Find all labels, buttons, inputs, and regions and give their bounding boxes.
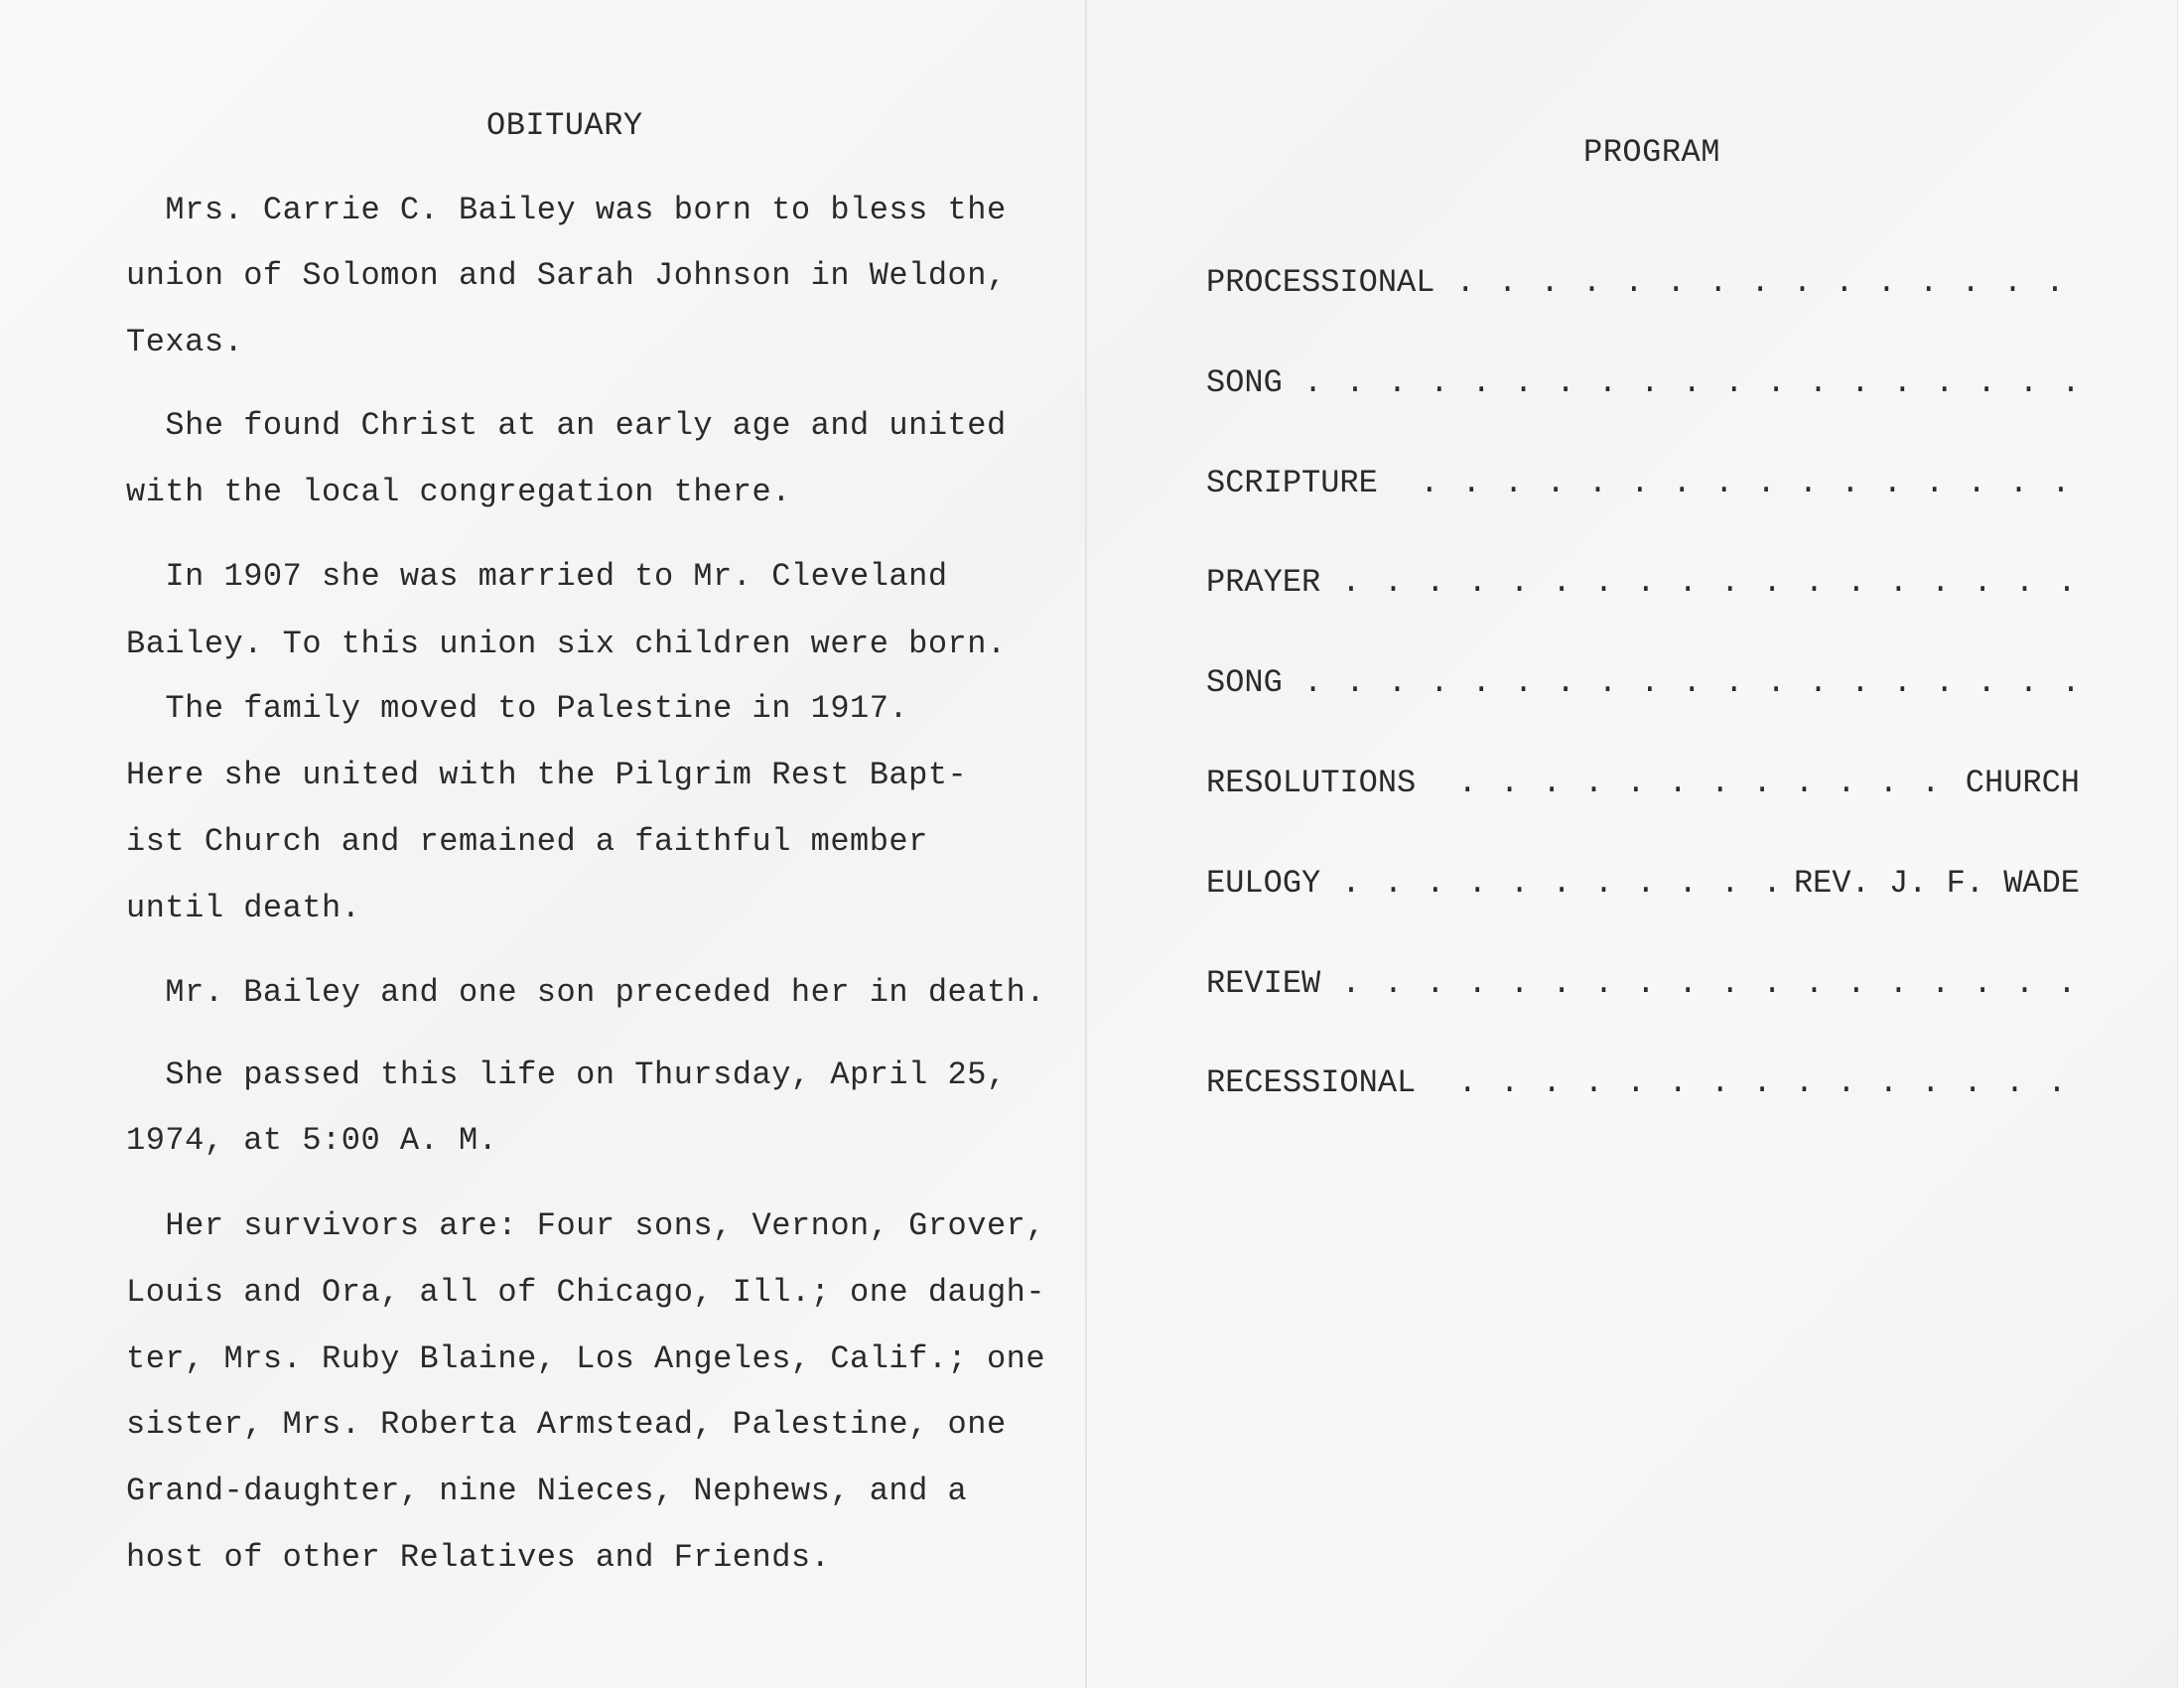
program-item-review: REVIEW . . . . . . . . . . . . . . . . .… bbox=[1206, 965, 2080, 1002]
program-item-value: CHURCH bbox=[1966, 765, 2080, 801]
obituary-line: sister, Mrs. Roberta Armstead, Palestine… bbox=[126, 1406, 1007, 1443]
program-item-eulogy: EULOGY . . . . . . . . . . . . . . . . .… bbox=[1206, 865, 2080, 902]
program-item-scripture: SCRIPTURE . . . . . . . . . . . . . . . … bbox=[1206, 465, 2080, 501]
obituary-title: OBITUARY bbox=[486, 107, 643, 144]
dot-leader: . . . . . . . . . . . . . . . . . . . . … bbox=[1320, 564, 2080, 601]
obituary-line: ter, Mrs. Ruby Blaine, Los Angeles, Cali… bbox=[126, 1340, 1045, 1377]
program-item-recessional: RECESSIONAL . . . . . . . . . . . . . . … bbox=[1206, 1064, 2080, 1101]
page-edge bbox=[2177, 0, 2184, 1688]
dot-leader: . . . . . . . . . . . . . . . . . . . . … bbox=[1416, 765, 1966, 801]
obituary-line: Mrs. Carrie C. Bailey was born to bless … bbox=[126, 192, 1007, 228]
program-item-label: SCRIPTURE bbox=[1206, 465, 1378, 501]
dot-leader: . . . . . . . . . . . . . . . . . . . . … bbox=[1320, 865, 1794, 902]
obituary-line: She passed this life on Thursday, April … bbox=[126, 1056, 1007, 1093]
program-item-label: SONG bbox=[1206, 664, 1283, 701]
dot-leader: . . . . . . . . . . . . . . . . . . . . … bbox=[1434, 264, 2080, 301]
obituary-line: 1974, at 5:00 A. M. bbox=[126, 1122, 497, 1159]
program-item-song: SONG . . . . . . . . . . . . . . . . . .… bbox=[1206, 364, 2080, 401]
program-title: PROGRAM bbox=[1583, 134, 1720, 171]
dot-leader: . . . . . . . . . . . . . . . . . . . . … bbox=[1416, 1064, 2080, 1101]
dot-leader: . . . . . . . . . . . . . . . . . . . . … bbox=[1283, 364, 2080, 401]
obituary-line: union of Solomon and Sarah Johnson in We… bbox=[126, 257, 1007, 294]
dot-leader: . . . . . . . . . . . . . . . . . . . . … bbox=[1283, 664, 2080, 701]
obituary-line: Texas. bbox=[126, 324, 243, 360]
program-item-label: EULOGY bbox=[1206, 865, 1320, 902]
obituary-line: host of other Relatives and Friends. bbox=[126, 1539, 830, 1576]
program-item-label: PROCESSIONAL bbox=[1206, 264, 1434, 301]
program-item-song: SONG . . . . . . . . . . . . . . . . . .… bbox=[1206, 664, 2080, 701]
program-item-label: RECESSIONAL bbox=[1206, 1064, 1416, 1101]
obituary-line: She found Christ at an early age and uni… bbox=[126, 407, 1007, 444]
obituary-line: with the local congregation there. bbox=[126, 474, 791, 510]
obituary-line: Her survivors are: Four sons, Vernon, Gr… bbox=[126, 1207, 1045, 1244]
obituary-line: In 1907 she was married to Mr. Cleveland bbox=[126, 558, 948, 595]
obituary-line: The family moved to Palestine in 1917. bbox=[126, 690, 908, 727]
obituary-line: Bailey. To this union six children were … bbox=[126, 626, 1007, 662]
program-item-label: PRAYER bbox=[1206, 564, 1320, 601]
program-item-processional: PROCESSIONAL . . . . . . . . . . . . . .… bbox=[1206, 264, 2080, 301]
program-item-label: SONG bbox=[1206, 364, 1283, 401]
program-item-value: REV. J. F. WADE bbox=[1794, 865, 2080, 902]
obituary-line: Louis and Ora, all of Chicago, Ill.; one… bbox=[126, 1274, 1045, 1311]
obituary-line: Grand-daughter, nine Nieces, Nephews, an… bbox=[126, 1473, 967, 1509]
obituary-line: Here she united with the Pilgrim Rest Ba… bbox=[126, 757, 967, 793]
obituary-line: Mr. Bailey and one son preceded her in d… bbox=[126, 974, 1045, 1011]
program-item-label: RESOLUTIONS bbox=[1206, 765, 1416, 801]
dot-leader: . . . . . . . . . . . . . . . . . . . . … bbox=[1320, 965, 2080, 1002]
dot-leader: . . . . . . . . . . . . . . . . . . . . … bbox=[1378, 465, 2080, 501]
program-item-resolutions: RESOLUTIONS . . . . . . . . . . . . . . … bbox=[1206, 765, 2080, 801]
obituary-line: ist Church and remained a faithful membe… bbox=[126, 823, 928, 860]
program-item-prayer: PRAYER . . . . . . . . . . . . . . . . .… bbox=[1206, 564, 2080, 601]
center-fold bbox=[1085, 0, 1087, 1688]
program-item-label: REVIEW bbox=[1206, 965, 1320, 1002]
obituary-line: until death. bbox=[126, 890, 360, 926]
